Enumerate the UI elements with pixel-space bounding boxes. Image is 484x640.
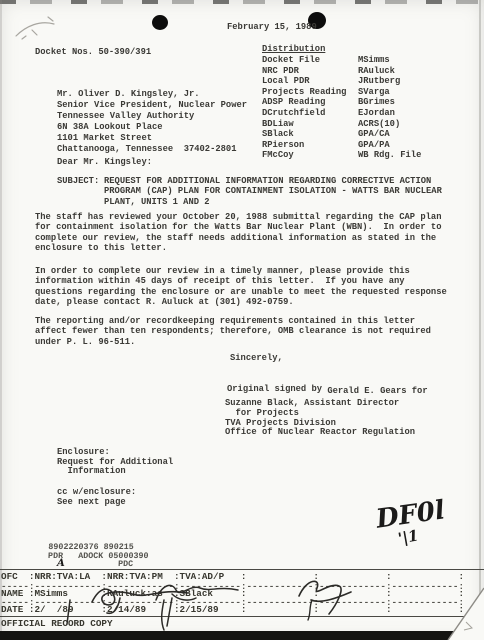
scan-right-edge-artifact: [479, 0, 481, 640]
enclosure-block: Enclosure: Request for Additional Inform…: [57, 448, 173, 477]
page-corner-fold: [444, 588, 484, 640]
subject-text: REQUEST FOR ADDITIONAL INFORMATION REGAR…: [104, 176, 442, 207]
signed-name: Gerald E. Gears for: [327, 386, 427, 396]
cc-block: cc w/enclosure: See next page: [57, 487, 136, 507]
scan-bottom-bar: [0, 631, 484, 640]
handwritten-date-stroke-3: [304, 600, 324, 622]
scan-left-edge-artifact: [0, 0, 2, 640]
subject-label: SUBJECT:: [57, 176, 99, 186]
hole-punch-dot-left: [152, 15, 168, 30]
handwritten-stamp-mark: A: [57, 558, 65, 569]
handwritten-corner-note-2: '|1: [397, 526, 420, 547]
signature-scribble-sblack: [293, 574, 357, 618]
pencil-scribble: [10, 10, 80, 44]
distribution-right-column: MSimms RAuluck JRutberg SVarga BGrimes E…: [358, 55, 421, 161]
closing-sincerely: Sincerely,: [230, 353, 283, 363]
docket-number: Docket Nos. 50-390/391: [35, 47, 151, 57]
body-paragraph-3: The reporting and/or recordkeeping requi…: [35, 316, 431, 347]
signed-line: Original signed by Gerald E. Gears for: [227, 384, 428, 394]
body-paragraph-1: The staff has reviewed your October 20, …: [35, 212, 441, 254]
signature-block: Suzanne Black, Assistant Director for Pr…: [225, 399, 415, 438]
scan-top-edge-artifact: [0, 0, 484, 4]
handwritten-date-strokes: [60, 598, 190, 634]
recipient-address: Mr. Oliver D. Kingsley, Jr. Senior Vice …: [57, 89, 247, 155]
distribution-title: Distribution: [262, 44, 325, 54]
distribution-left-column: Docket File NRC PDR Local PDR Projects R…: [262, 55, 346, 161]
letter-date: February 15, 1989: [227, 22, 317, 32]
salutation: Dear Mr. Kingsley:: [57, 157, 152, 167]
scanned-letter-page: February 15, 1989 Docket Nos. 50-390/391…: [0, 0, 484, 640]
body-paragraph-2: In order to complete our review in a tim…: [35, 266, 447, 308]
signed-prefix: Original signed by: [227, 384, 327, 394]
